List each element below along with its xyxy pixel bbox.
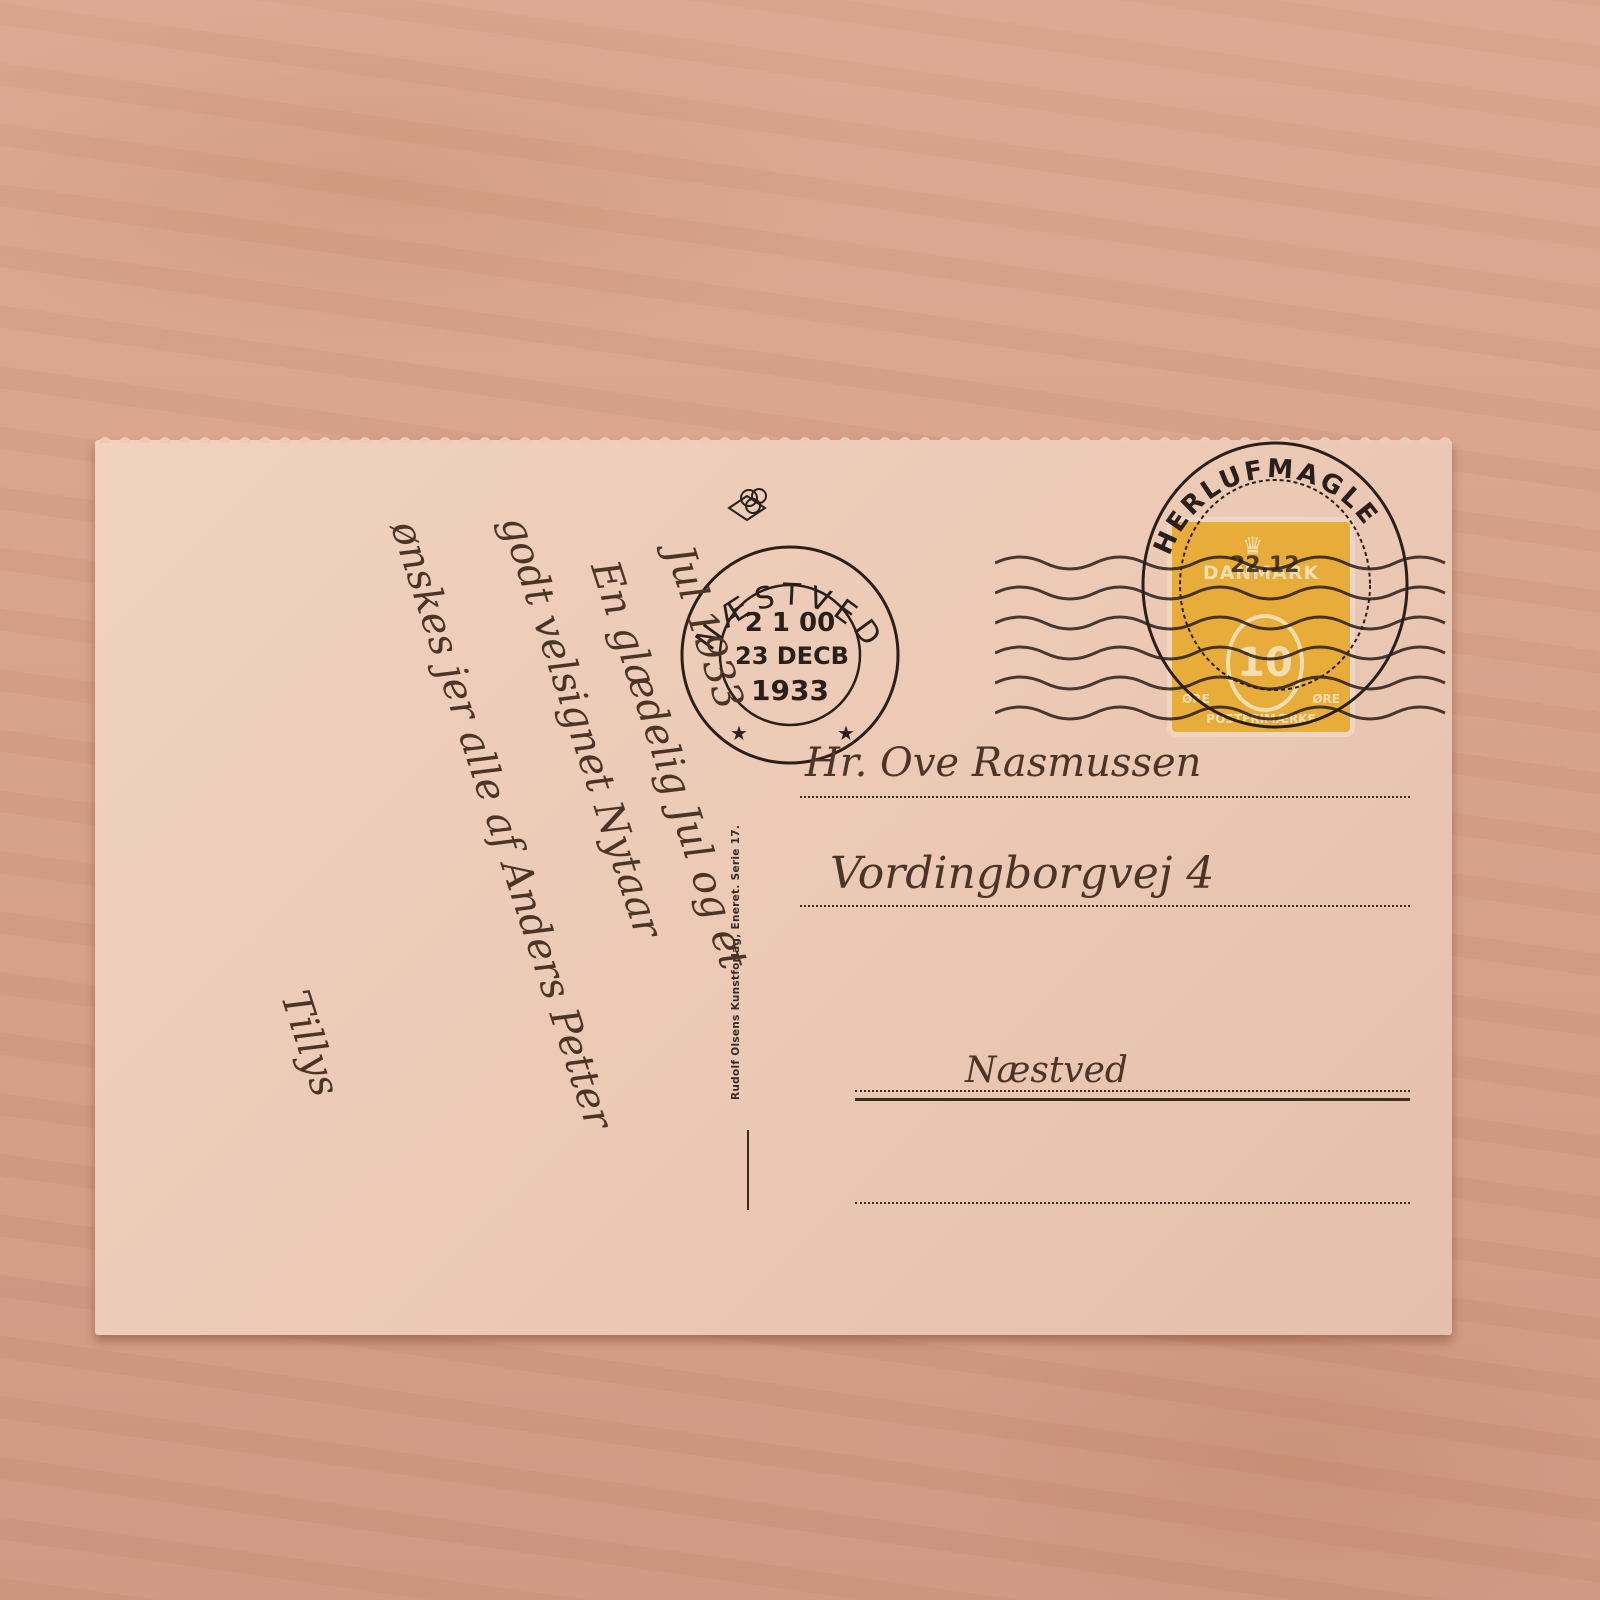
address-line-3: Næstved <box>965 1050 1128 1091</box>
center-divider <box>747 1130 749 1210</box>
postcard: NÆSTVED ★ ★ 2 1 00 23 DECB 1933 Rudolf O… <box>95 440 1452 1335</box>
message-line-3: ønskes jer alle af Anders Petter <box>381 515 621 1135</box>
postmark-year: 1933 <box>735 674 845 707</box>
herlufmagle-postmark: HERLUFMAGLE 22.12 <box>1135 435 1415 735</box>
svg-text:HERLUFMAGLE: HERLUFMAGLE <box>1148 454 1384 559</box>
postmark-time: 2 1 00 <box>735 608 845 638</box>
message-signature: Tillys <box>271 985 348 1102</box>
address-rule-3 <box>855 1090 1410 1092</box>
postmark-town-herlufmagle: HERLUFMAGLE <box>1148 454 1384 559</box>
address-rule-2 <box>800 905 1410 907</box>
address-line-2: Vordingborgvej 4 <box>830 848 1214 899</box>
svg-text:★: ★ <box>730 721 748 745</box>
address-line-1: Hr. Ove Rasmussen <box>805 740 1201 786</box>
postmark-date-herlufmagle: 22.12 <box>1230 553 1300 578</box>
publisher-logo-icon <box>725 480 785 524</box>
postmark-date: 23 DECB <box>727 642 857 670</box>
address-rule-4 <box>855 1202 1410 1204</box>
address-rule-1 <box>800 796 1410 798</box>
address-underline-3 <box>855 1098 1410 1101</box>
